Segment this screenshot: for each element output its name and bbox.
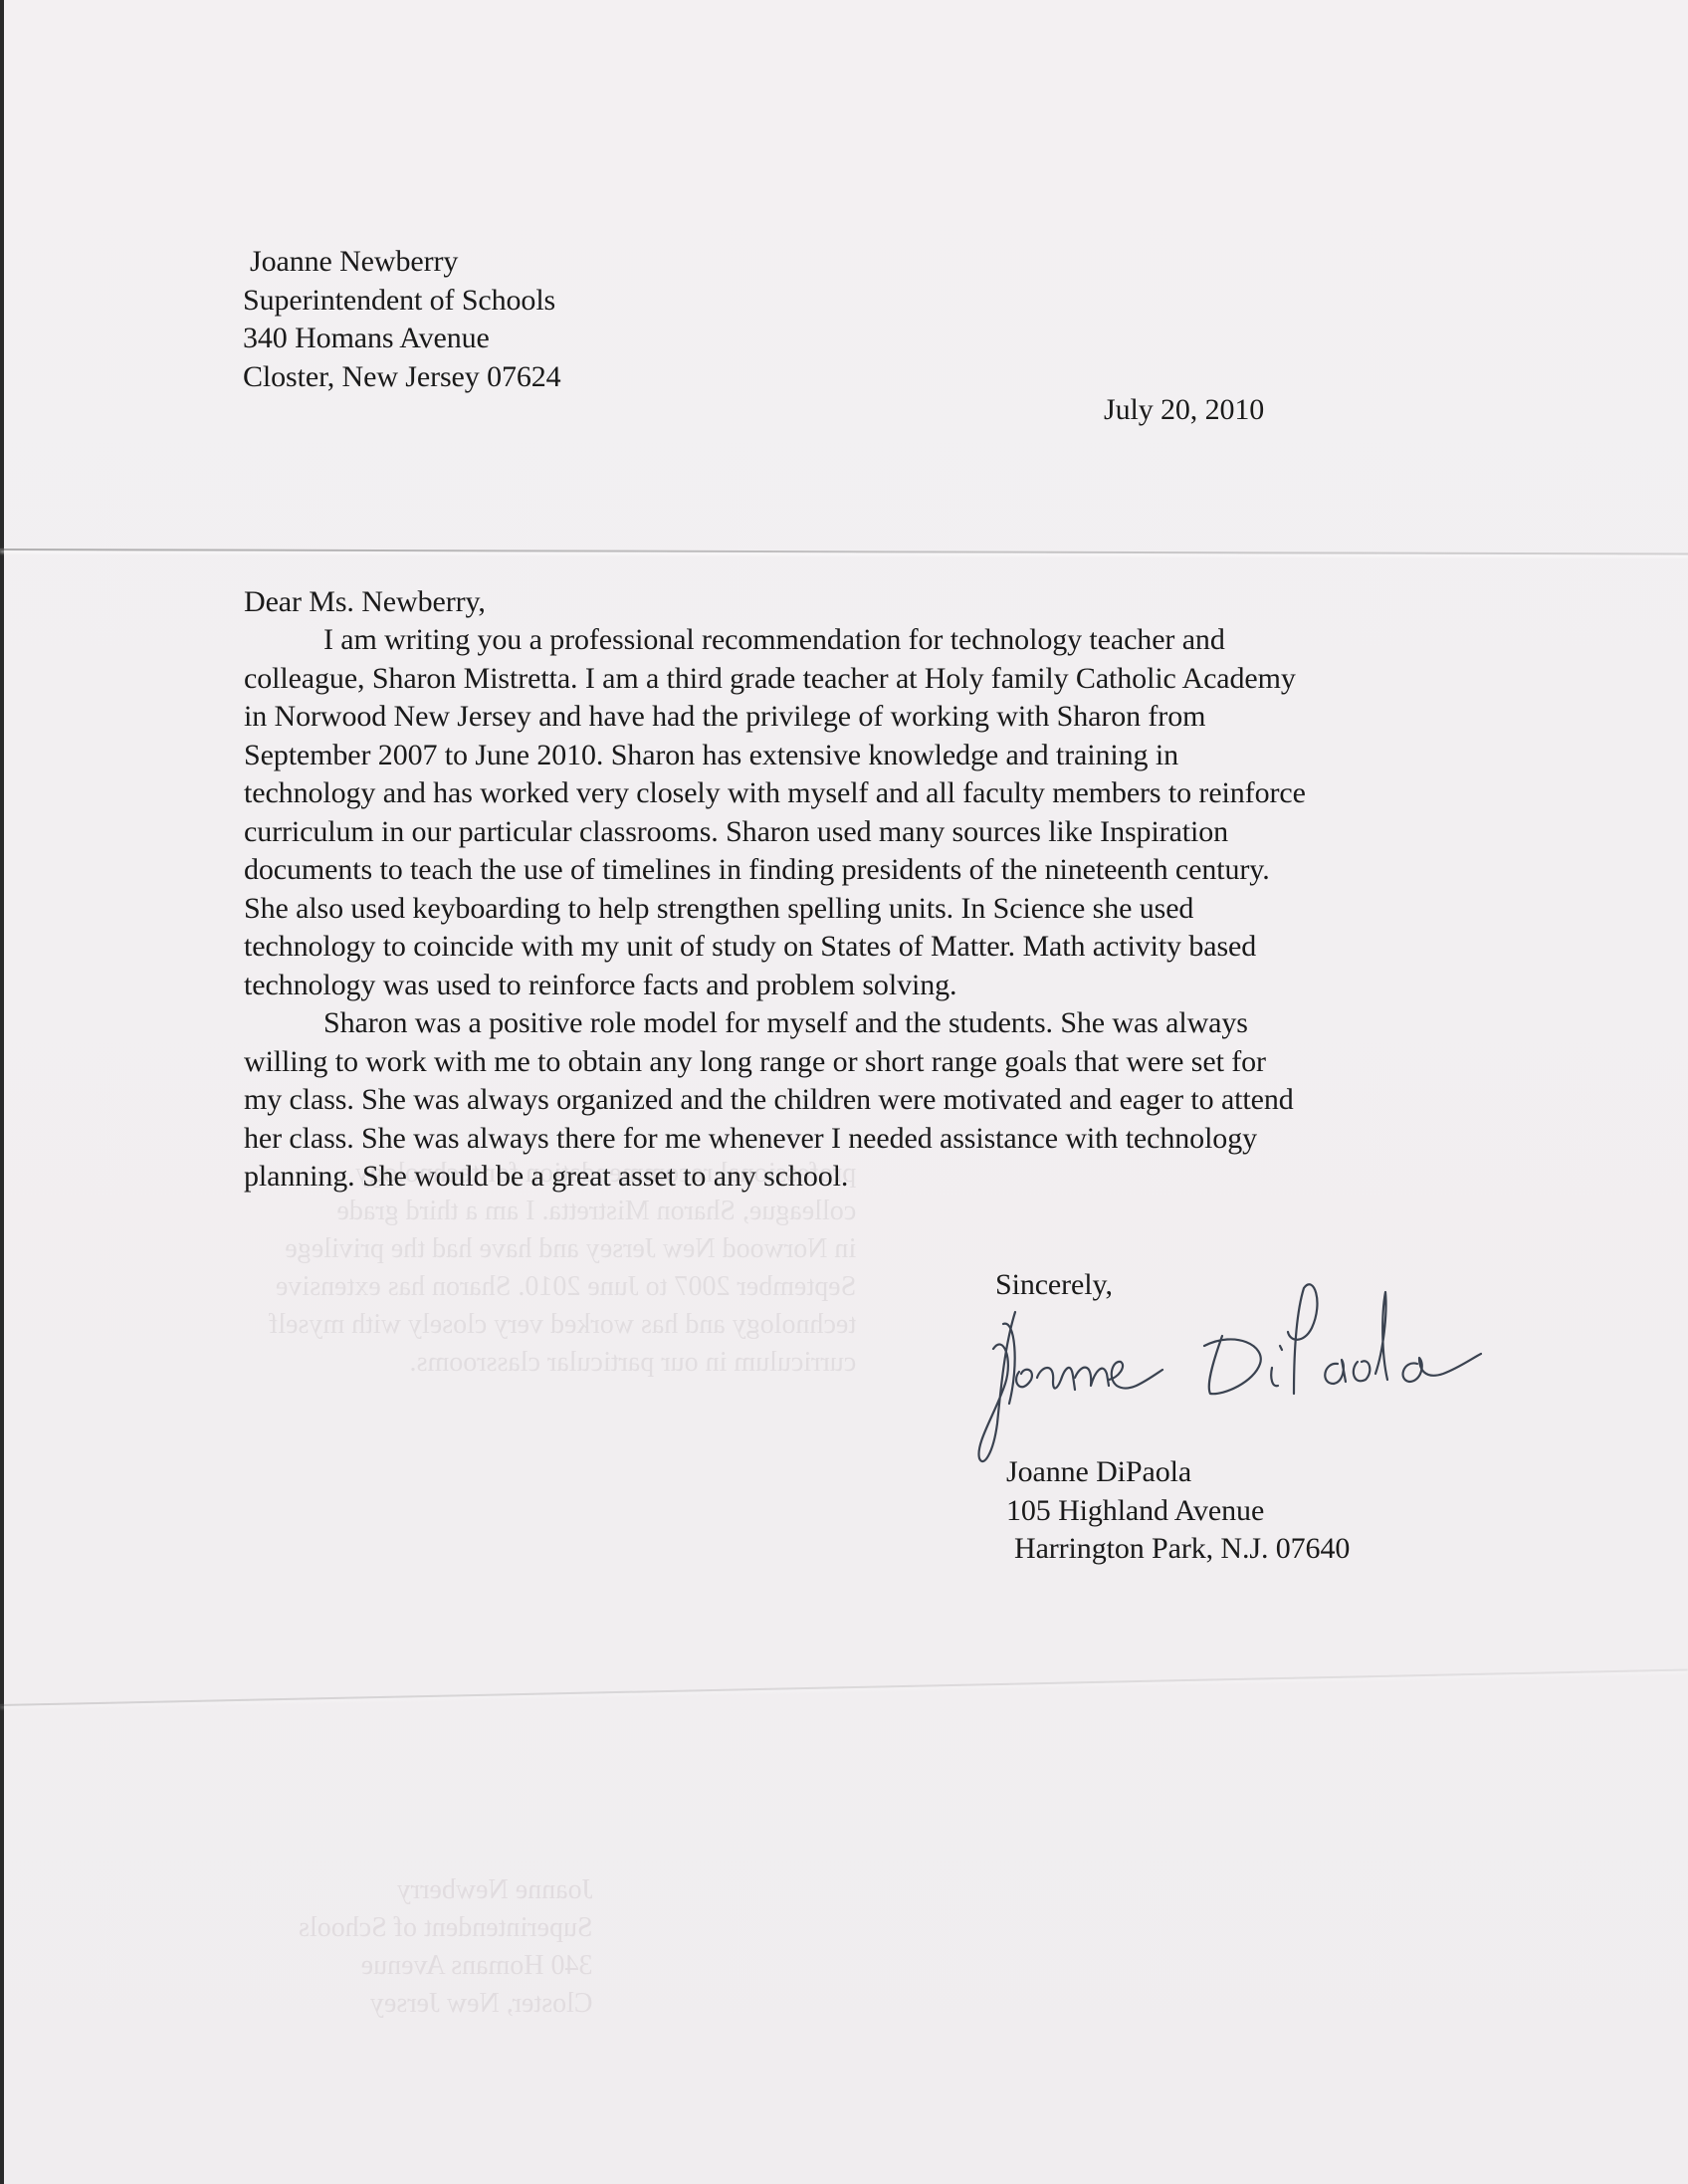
show-through-line: colleague, Sharon Mistretta. I am a thir… [269, 1193, 856, 1230]
recipient-city: Closter, New Jersey 07624 [243, 358, 561, 397]
body-line: technology and has worked very closely w… [244, 774, 1306, 813]
show-through-text: Joanne Newberry Superintendent of School… [299, 1871, 593, 2023]
paper-fold-line [0, 548, 1688, 554]
letter-date: July 20, 2010 [1104, 391, 1264, 430]
recipient-name: Joanne Newberry [243, 243, 561, 282]
sender-city: Harrington Park, N.J. 07640 [1006, 1530, 1350, 1569]
paper-fold-line [0, 1668, 1688, 1706]
body-line: in Norwood New Jersey and have had the p… [244, 698, 1306, 737]
show-through-line: Superintendent of Schools [299, 1909, 593, 1947]
body-line: my class. She was always organized and t… [244, 1081, 1306, 1120]
body-line: her class. She was always there for me w… [244, 1120, 1306, 1159]
letter-body: I am writing you a professional recommen… [244, 621, 1306, 1197]
sender-street: 105 Highland Avenue [1006, 1492, 1350, 1531]
body-line: Sharon was a positive role model for mys… [244, 1004, 1306, 1043]
body-line: planning. She would be a great asset to … [244, 1158, 1306, 1197]
body-line: documents to teach the use of timelines … [244, 851, 1306, 890]
sender-name: Joanne DiPaola [1006, 1453, 1350, 1492]
salutation: Dear Ms. Newberry, [244, 583, 486, 622]
body-line: I am writing you a professional recommen… [244, 621, 1306, 660]
body-line: She also used keyboarding to help streng… [244, 890, 1306, 929]
sender-address-block: Joanne DiPaola 105 Highland Avenue Harri… [1006, 1453, 1350, 1569]
body-line: technology to coincide with my unit of s… [244, 928, 1306, 967]
recipient-street: 340 Homans Avenue [243, 320, 561, 358]
show-through-line: Closter, New Jersey [299, 1985, 593, 2023]
show-through-line: technology and has worked very closely w… [269, 1306, 856, 1344]
body-line: September 2007 to June 2010. Sharon has … [244, 737, 1306, 775]
show-through-line: Joanne Newberry [299, 1871, 593, 1909]
body-line: curriculum in our particular classrooms.… [244, 813, 1306, 852]
body-line: willing to work with me to obtain any lo… [244, 1043, 1306, 1082]
show-through-line: in Norwood New Jersey and have had the p… [269, 1230, 856, 1268]
recipient-title: Superintendent of Schools [243, 282, 561, 321]
show-through-line: September 2007 to June 2010. Sharon has … [269, 1268, 856, 1306]
recipient-address-block: Joanne Newberry Superintendent of School… [243, 243, 561, 396]
body-line: technology was used to reinforce facts a… [244, 967, 1306, 1005]
body-line: colleague, Sharon Mistretta. I am a thir… [244, 660, 1306, 699]
letter-page: professional recommendation for technolo… [0, 0, 1688, 2184]
show-through-line: curriculum in our particular classrooms. [269, 1344, 856, 1382]
show-through-line: 340 Homans Avenue [299, 1947, 593, 1985]
scan-edge [0, 0, 4, 2184]
